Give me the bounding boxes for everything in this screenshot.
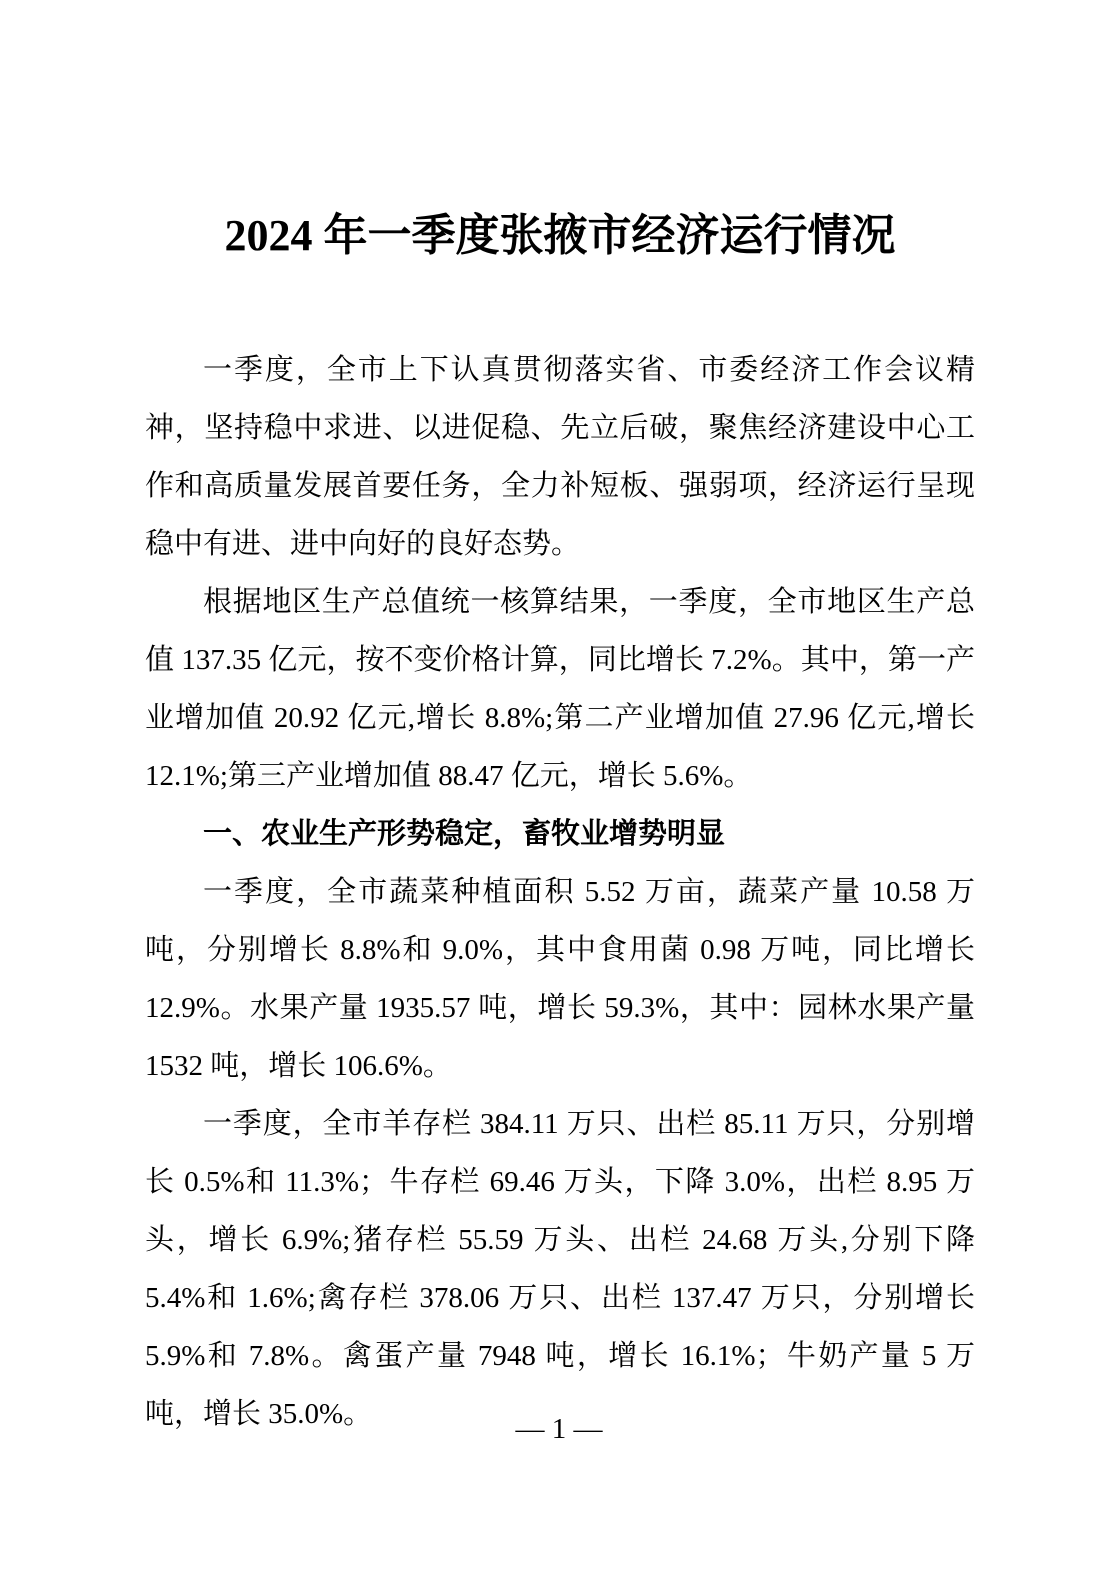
document-title: 2024 年一季度张掖市经济运行情况 — [145, 208, 975, 263]
paragraph-vegetables-fruit: 一季度，全市蔬菜种植面积 5.52 万亩，蔬菜产量 10.58 万吨，分别增长 … — [145, 863, 975, 1095]
paragraph-overview: 一季度，全市上下认真贯彻落实省、市委经济工作会议精神，坚持稳中求进、以进促稳、先… — [145, 341, 975, 573]
document-page: 2024 年一季度张掖市经济运行情况 一季度，全市上下认真贯彻落实省、市委经济工… — [0, 0, 1118, 1587]
section-heading-agriculture: 一、农业生产形势稳定，畜牧业增势明显 — [145, 805, 975, 863]
paragraph-gdp: 根据地区生产总值统一核算结果，一季度，全市地区生产总值 137.35 亿元，按不… — [145, 573, 975, 805]
page-number: — 1 — — [0, 1412, 1118, 1446]
paragraph-livestock: 一季度，全市羊存栏 384.11 万只、出栏 85.11 万只，分别增长 0.5… — [145, 1095, 975, 1443]
